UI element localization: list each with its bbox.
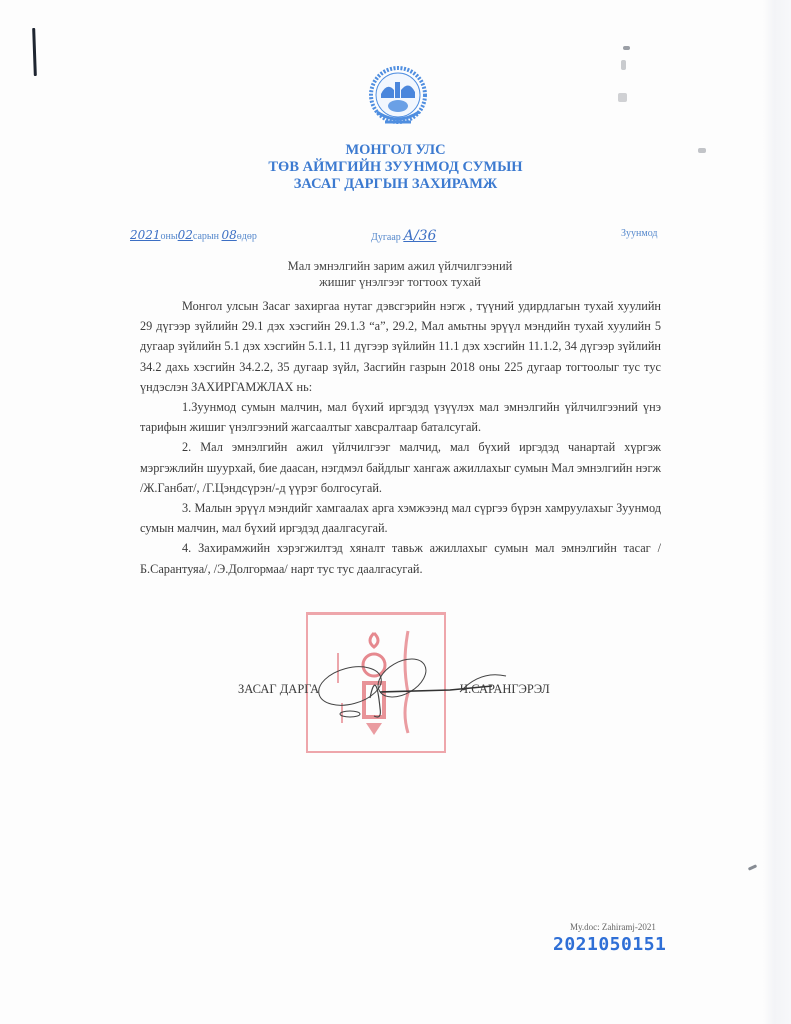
date-month-label: сарын [193, 231, 219, 242]
preamble-paragraph: Монгол улсын Засаг захиргаа нутаг дэвсгэ… [140, 296, 661, 397]
date-year-label: оны [161, 231, 178, 242]
title-line-2: жишиг үнэлгээг тогтоох тухай [200, 274, 600, 290]
date-day: 08 [221, 228, 236, 242]
header-country: МОНГОЛ УЛС [0, 142, 791, 159]
number-label: Дугаар [371, 232, 401, 243]
date-month: 02 [178, 228, 193, 242]
scan-speck [618, 93, 627, 102]
state-emblem-icon [367, 64, 429, 134]
header-aimag-sum: ТӨВ АЙМГИЙН ЗУУНМОД СУМЫН [0, 159, 791, 176]
header-document-type: ЗАСАГ ДАРГЫН ЗАХИРАМЖ [0, 176, 791, 193]
order-item-4: 4. Захирамжийн хэрэгжилтэд хяналт тавьж … [140, 538, 661, 578]
registration-number: 2021050151 [553, 934, 666, 955]
signatory-name: Ч.САРАНГЭРЭЛ [460, 682, 550, 697]
document-title: Мал эмнэлгийн зарим ажил үйлчилгээний жи… [200, 258, 600, 290]
document-body: Монгол улсын Засаг захиргаа нутаг дэвсгэ… [140, 296, 661, 579]
signatory-title: ЗАСАГ ДАРГА [238, 682, 319, 697]
date-day-label: өдөр [237, 231, 257, 242]
number-value: А/36 [403, 228, 436, 244]
order-item-1: 1.Зуунмод сумын малчин, мал бүхий иргэдэ… [140, 397, 661, 437]
title-line-1: Мал эмнэлгийн зарим ажил үйлчилгээний [200, 258, 600, 274]
document-number: Дугаар А/36 [371, 228, 436, 244]
date-year: 2021 [130, 228, 161, 242]
scan-speck [623, 46, 630, 50]
order-item-3: 3. Малын эрүүл мэндийг хамгаалах арга хэ… [140, 498, 661, 538]
scan-speck [621, 60, 626, 70]
scan-speck [748, 864, 757, 871]
document-place: Зуунмод [621, 228, 658, 239]
document-date: 2021оны02сарын 08өдөр [130, 228, 257, 242]
scan-mark [32, 28, 37, 76]
order-item-2: 2. Мал эмнэлгийн ажил үйлчилгээг малчид,… [140, 437, 661, 498]
document-file-reference: My.doc: Zahiramj-2021 [570, 922, 656, 932]
